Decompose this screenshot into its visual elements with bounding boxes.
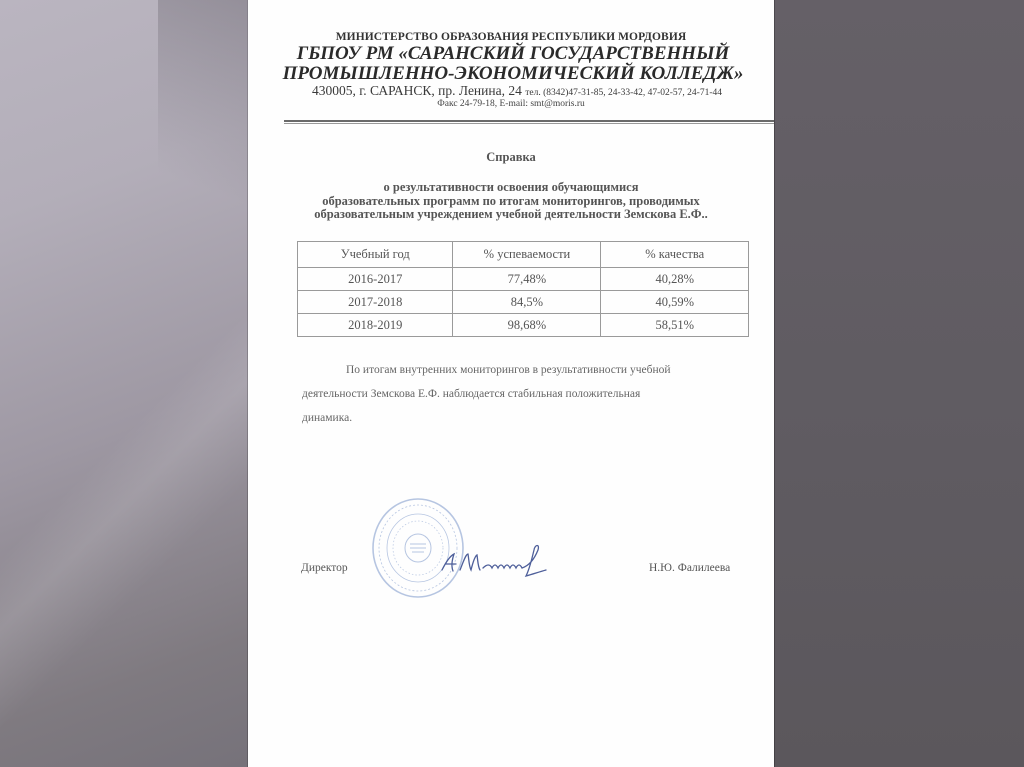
header-progress-percent: % успеваемости — [453, 242, 601, 268]
table-row: 2017-2018 84,5% 40,59% — [298, 291, 749, 314]
college-name-line1: ГБПОУ РМ «САРАНСКИЙ ГОСУДАРСТВЕННЫЙ — [250, 43, 776, 65]
phone-numbers: тел. (8342)47-31-85, 24-33-42, 47-02-57,… — [525, 88, 722, 98]
table-row: 2016-2017 77,48% 40,28% — [298, 268, 749, 291]
letterhead-divider — [284, 120, 774, 124]
document-page: МИНИСТЕРСТВО ОБРАЗОВАНИЯ РЕСПУБЛИКИ МОРД… — [248, 0, 774, 767]
signatory-role: Директор — [301, 562, 348, 574]
ministry-name: МИНИСТЕРСТВО ОБРАЗОВАНИЯ РЕСПУБЛИКИ МОРД… — [248, 31, 774, 43]
background-right-panel — [774, 0, 1024, 767]
college-address: 430005, г. САРАНСК, пр. Ленина, 24 тел. … — [254, 83, 780, 99]
conclusion-line-1: По итогам внутренних мониторингов в резу… — [346, 364, 671, 376]
cell-progress: 98,68% — [453, 314, 601, 337]
director-signature-icon — [438, 540, 558, 582]
cell-quality: 40,28% — [601, 268, 749, 291]
cell-quality: 40,59% — [601, 291, 749, 314]
header-quality-percent: % качества — [601, 242, 749, 268]
cell-year: 2017-2018 — [298, 291, 453, 314]
cell-progress: 77,48% — [453, 268, 601, 291]
document-title: Справка — [248, 150, 774, 165]
table-header-row: Учебный год % успеваемости % качества — [298, 242, 749, 268]
header-academic-year: Учебный год — [298, 242, 453, 268]
background-left-panel — [0, 0, 248, 767]
subtitle-line-2: образовательных программ по итогам монит… — [248, 195, 774, 209]
conclusion-line-3: динамика. — [302, 406, 732, 430]
fax-email: Факс 24-79-18, E-mail: smt@moris.ru — [248, 99, 774, 109]
cell-year: 2016-2017 — [298, 268, 453, 291]
cell-year: 2018-2019 — [298, 314, 453, 337]
conclusion-paragraph: По итогам внутренних мониторингов в резу… — [302, 358, 732, 430]
cell-quality: 58,51% — [601, 314, 749, 337]
signatory-name: Н.Ю. Фалилеева — [649, 562, 730, 574]
document-subtitle: о результативности освоения обучающимися… — [248, 181, 774, 222]
results-table: Учебный год % успеваемости % качества 20… — [297, 241, 749, 337]
college-name-line2: ПРОМЫШЛЕННО-ЭКОНОМИЧЕСКИЙ КОЛЛЕДЖ» — [250, 63, 776, 85]
subtitle-line-1: о результативности освоения обучающимися — [248, 181, 774, 195]
subtitle-line-3: образовательным учреждением учебной деят… — [248, 208, 774, 222]
table-row: 2018-2019 98,68% 58,51% — [298, 314, 749, 337]
conclusion-line-2: деятельности Земскова Е.Ф. наблюдается с… — [302, 382, 732, 406]
street-address: 430005, г. САРАНСК, пр. Ленина, 24 — [312, 83, 522, 98]
cell-progress: 84,5% — [453, 291, 601, 314]
